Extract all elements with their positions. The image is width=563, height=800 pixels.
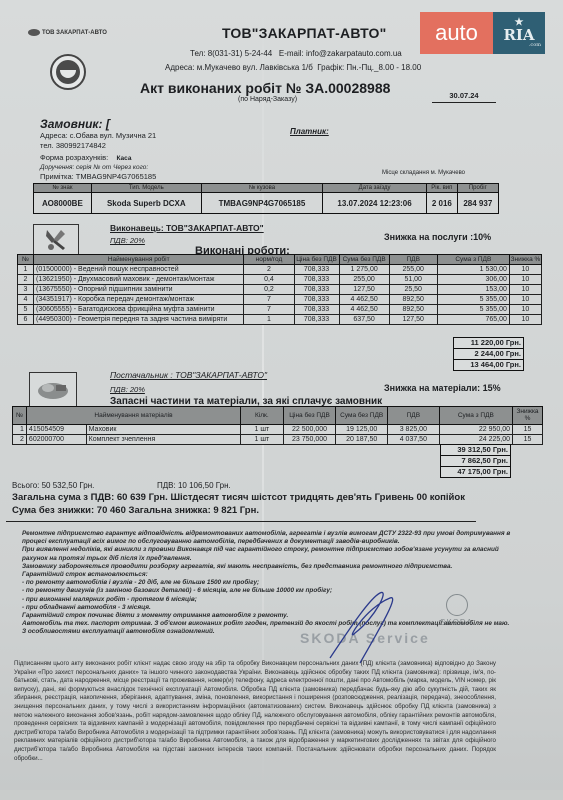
works-cell: 3 — [18, 285, 34, 295]
vehicle-value: Skoda Superb DCXA — [91, 193, 201, 214]
works-cell: 1 — [244, 315, 294, 325]
materials-header: Кiлк. — [241, 407, 284, 425]
materials-cell: 415054509 — [26, 424, 86, 434]
works-cell: 4 462,50 — [339, 295, 389, 305]
service-act-document: ТОВ ЗАКАРПАТ-АВТО ТОВ"ЗАКАРПАТ-АВТО" Тел… — [0, 0, 563, 790]
works-cell: 708,333 — [294, 285, 339, 295]
contacts: Тел: 8(031-31) 5-24-44 E-mail: info@zaka… — [190, 49, 402, 58]
vehicle-header: № знак — [34, 184, 92, 193]
works-totals: 11 220,00 Грн.2 244,00 Грн.13 464,00 Грн… — [453, 337, 524, 371]
materials-header: № — [13, 407, 27, 425]
vehicle-value: 13.07.2024 12:23:06 — [323, 193, 427, 214]
materials-total: 39 312,50 Грн. — [441, 445, 511, 456]
email: E-mail: info@zakarpatauto.com.ua — [279, 49, 402, 58]
payment-value: Каса — [117, 155, 132, 162]
company-address: Адреса: м.Мукачево вул. Лавкiвська 1/б Г… — [165, 63, 421, 72]
works-cell: 7 — [244, 295, 294, 305]
works-cell: 2 — [18, 275, 34, 285]
table-row: 4(34351917) - Коробка передач демонтаж/м… — [18, 295, 542, 305]
tools-icon — [33, 224, 79, 256]
works-cell: 5 — [18, 305, 34, 315]
skoda-logo-icon — [50, 54, 86, 90]
materials-header: Найменування матерiалiв — [26, 407, 240, 425]
table-row: 5(30605555) - Багатодискова фрикцiйна му… — [18, 305, 542, 315]
warranty-paragraph: При виявленнi недолiкiв, якi виникли з п… — [22, 546, 512, 562]
works-cell: 153,00 — [437, 285, 509, 295]
works-header: ПДВ — [389, 255, 437, 265]
materials-header: Цiна без ПДВ — [283, 407, 336, 425]
parts-icon — [29, 372, 77, 408]
works-cell: 10 — [509, 285, 541, 295]
works-cell: 51,00 — [389, 275, 437, 285]
materials-cell: 20 187,50 — [336, 434, 388, 444]
vehicle-value: 2 016 — [427, 193, 458, 214]
vehicle-value: 284 937 — [457, 193, 498, 214]
vehicle-header: Пробiг — [457, 184, 498, 193]
materials-totals: 39 312,50 Грн.7 862,50 Грн.47 175,00 Грн… — [440, 444, 511, 478]
works-cell: 1 275,00 — [339, 265, 389, 275]
works-cell: 255,00 — [389, 265, 437, 275]
materials-cell: 23 750,000 — [283, 434, 336, 444]
supplier-vat: ПДВ: 20% — [110, 385, 145, 394]
phone: Тел: 8(031-31) 5-24-44 — [190, 49, 272, 58]
watermark-suffix: .com — [529, 43, 541, 48]
works-header: Сума з ПДВ — [437, 255, 509, 265]
materials-total: 7 862,50 Грн. — [441, 456, 511, 467]
table-row: 1(01500000) - Ведений пошук несправносте… — [18, 265, 542, 275]
act-date: 30.07.24 — [432, 91, 496, 103]
brand-line: ТОВ ЗАКАРПАТ-АВТО — [28, 29, 107, 36]
vehicle-header: Тип. Модель — [91, 184, 201, 193]
mini-logo-icon — [28, 29, 40, 36]
materials-header: ПДВ — [388, 407, 440, 425]
summary-total: Всього: 50 532,50 Грн. — [12, 481, 94, 490]
act-number: ЗА.00028988 — [305, 80, 390, 96]
divider — [6, 521, 476, 522]
executor-vat: ПДВ: 20% — [110, 236, 145, 245]
address-text: Адреса: м.Мукачево вул. Лавкiвська 1/б — [165, 63, 313, 72]
vehicle-header: № кузова — [201, 184, 322, 193]
grand-total: Загальна сума з ПДВ: 60 639 Грн. Шiстдес… — [12, 492, 465, 503]
works-cell: 0,2 — [244, 285, 294, 295]
materials-cell: 1 шт — [241, 434, 284, 444]
proxy-line: Доручення: серiя № от Через кого: — [40, 164, 148, 171]
materials-table: №Найменування матерiалiвКiлк.Цiна без ПД… — [12, 406, 543, 445]
works-header: Сума без ПДВ — [339, 255, 389, 265]
works-cell: 10 — [509, 265, 541, 275]
works-header: Цiна без ПДВ — [294, 255, 339, 265]
warranty-terms: Ремонтне пiдприємство гарантує вiдповiдн… — [22, 530, 512, 637]
customer-address: Адреса: с.Обава вул. Музична 21 — [40, 131, 156, 140]
materials-cell: 1 — [13, 424, 27, 434]
table-row: 2(13621950) - Двухмасовий маховик - демо… — [18, 275, 542, 285]
watermark-ria-text: RIA — [503, 28, 534, 43]
works-total: 13 464,00 Грн. — [454, 360, 524, 371]
brand-line-text: ТОВ ЗАКАРПАТ-АВТО — [42, 30, 107, 36]
executor: Виконавець: ТОВ"ЗАКАРПАТ-АВТО" — [110, 223, 264, 233]
payment-form: Форма розрахункiв: Каса — [40, 153, 131, 162]
works-cell: 1 — [18, 265, 34, 275]
works-total: 2 244,00 Грн. — [454, 349, 524, 360]
works-header: Знижка % — [509, 255, 541, 265]
warranty-paragraph: Замовнику забороняється проводити розбор… — [22, 563, 512, 571]
materials-cell: 22 500,000 — [283, 424, 336, 434]
customer-label: Замовник: [ — [40, 117, 110, 131]
works-cell: (01500000) - Ведений пошук несправностей — [34, 265, 244, 275]
payment-label: Форма розрахункiв: — [40, 153, 108, 162]
autoria-watermark: auto ★RIA.com — [420, 12, 545, 54]
total-without-discount: Сума без знижки: 70 460 Загальна знижка:… — [12, 505, 259, 516]
vehicle-value: АО8000ВЕ — [34, 193, 92, 214]
skoda-circle-icon — [446, 594, 468, 616]
warranty-paragraph: - при обладнаннi автомобiля - 3 мiсяця. — [22, 604, 512, 612]
services-discount: Знижка на послуги :10% — [384, 232, 491, 242]
works-cell: 10 — [509, 275, 541, 285]
materials-header: Знижка % — [513, 407, 543, 425]
works-cell: (34351917) - Коробка передач демонтаж/мо… — [34, 295, 244, 305]
works-cell: 10 — [509, 295, 541, 305]
works-cell: (30605555) - Багатодискова фрикцiйна муф… — [34, 305, 244, 315]
materials-cell: Комплект зчеплення — [86, 434, 240, 444]
materials-header: Сума без ПДВ — [336, 407, 388, 425]
materials-cell: 4 037,50 — [388, 434, 440, 444]
watermark-ria: ★RIA.com — [493, 12, 545, 54]
vehicle-value: TMBAG9NP4G7065185 — [201, 193, 322, 214]
warranty-paragraph: Гарантiйний строк починає дiяти з момент… — [22, 612, 512, 620]
warranty-paragraph: Ремонтне пiдприємство гарантує вiдповiдн… — [22, 530, 512, 546]
warranty-paragraph: Автомобiль та тех. паспорт отримав. З об… — [22, 620, 512, 636]
works-cell: 255,00 — [339, 275, 389, 285]
materials-cell: 1 шт — [241, 424, 284, 434]
materials-total: 47 175,00 Грн. — [441, 467, 511, 478]
works-cell: (13675550) - Опорний пiдшипник замiнити — [34, 285, 244, 295]
watermark-auto: auto — [420, 12, 493, 54]
schedule: Графiк: Пн.-Пц._8.00 - 18.00 — [317, 63, 421, 72]
works-cell: 10 — [509, 315, 541, 325]
works-cell: 708,333 — [294, 295, 339, 305]
works-cell: 25,50 — [389, 285, 437, 295]
works-cell: 765,00 — [437, 315, 509, 325]
works-cell: 5 355,00 — [437, 295, 509, 305]
act-title-text: Акт виконаних робiт № — [140, 80, 301, 96]
payer-label: Платник: — [290, 127, 329, 136]
warranty-paragraph: Гарантiйний строк встановлюється: — [22, 571, 512, 579]
works-cell: 708,333 — [294, 265, 339, 275]
company-name: ТОВ"ЗАКАРПАТ-АВТО" — [222, 25, 386, 41]
works-cell: 892,50 — [389, 305, 437, 315]
works-cell: (13621950) - Двухмасовий маховик - демон… — [34, 275, 244, 285]
materials-cell: 15 — [513, 434, 543, 444]
place-of-issue: Мiсце складання м. Мукачево — [382, 170, 465, 176]
materials-header: Сума з ПДВ — [439, 407, 512, 425]
table-row: 3(13675550) - Опорний пiдшипник замiнити… — [18, 285, 542, 295]
works-cell: 637,50 — [339, 315, 389, 325]
works-cell: 4 462,50 — [339, 305, 389, 315]
table-row: 2602000700Комплект зчеплення1 шт23 750,0… — [13, 434, 543, 444]
works-cell: 892,50 — [389, 295, 437, 305]
vehicle-header: Рiк. вип — [427, 184, 458, 193]
table-row: 1415054509Маховик1 шт22 500,00019 125,00… — [13, 424, 543, 434]
works-header: норм/год — [244, 255, 294, 265]
works-cell: 2 — [244, 265, 294, 275]
materials-cell: 15 — [513, 424, 543, 434]
works-cell: 0,4 — [244, 275, 294, 285]
materials-cell: 602000700 — [26, 434, 86, 444]
vehicle-header: Дата заїзду — [323, 184, 427, 193]
skoda-brand-text: SKODA — [440, 618, 473, 627]
materials-cell: 2 — [13, 434, 27, 444]
materials-cell: 22 950,00 — [439, 424, 512, 434]
works-cell: 306,00 — [437, 275, 509, 285]
customer-phone: тел. 380992174842 — [40, 141, 106, 150]
works-cell: 708,333 — [294, 275, 339, 285]
works-cell: 708,333 — [294, 315, 339, 325]
works-cell: 10 — [509, 305, 541, 315]
signature — [320, 588, 430, 668]
materials-discount: Знижка на матерiали: 15% — [384, 383, 501, 393]
table-row: 6(44950300) - Геометрiя передня та задня… — [18, 315, 542, 325]
warranty-paragraph: - по ремонту двигунiв (iз замiною базови… — [22, 587, 512, 595]
works-cell: 6 — [18, 315, 34, 325]
supplier: Постачальник : ТОВ"ЗАКАРПАТ-АВТО" — [110, 370, 267, 380]
materials-cell: 3 825,00 — [388, 424, 440, 434]
materials-cell: 24 225,00 — [439, 434, 512, 444]
act-subtitle: (по Наряд-Заказу) — [238, 96, 297, 103]
works-total: 11 220,00 Грн. — [454, 338, 524, 349]
works-cell: (44950300) - Геометрiя передня та задня … — [34, 315, 244, 325]
works-cell: 4 — [18, 295, 34, 305]
works-header: Найменування робiт — [34, 255, 244, 265]
act-title: Акт виконаних робiт № ЗА.00028988 — [140, 80, 390, 96]
customer-note: Примiтка: TMBAG9NP4G7065185 — [40, 172, 156, 181]
skoda-brand-mark: SKODA — [440, 594, 473, 627]
works-table: №Найменування робiтнорм/годЦiна без ПДВС… — [17, 254, 542, 325]
works-cell: 708,333 — [294, 305, 339, 315]
personal-data-consent: Пiдписанням цього акту виконаних робiт к… — [14, 660, 496, 763]
works-cell: 5 355,00 — [437, 305, 509, 315]
warranty-paragraph: - при виконаннi малярних робiт - протяго… — [22, 596, 512, 604]
works-header: № — [18, 255, 34, 265]
works-cell: 7 — [244, 305, 294, 315]
vehicle-table: № знакТип. Модель№ кузоваДата заїздуРiк.… — [33, 183, 499, 214]
works-cell: 1 530,00 — [437, 265, 509, 275]
works-cell: 127,50 — [389, 315, 437, 325]
works-cell: 127,50 — [339, 285, 389, 295]
summary-vat: ПДВ: 10 106,50 Грн. — [157, 481, 231, 490]
materials-cell: 19 125,00 — [336, 424, 388, 434]
materials-cell: Маховик — [86, 424, 240, 434]
